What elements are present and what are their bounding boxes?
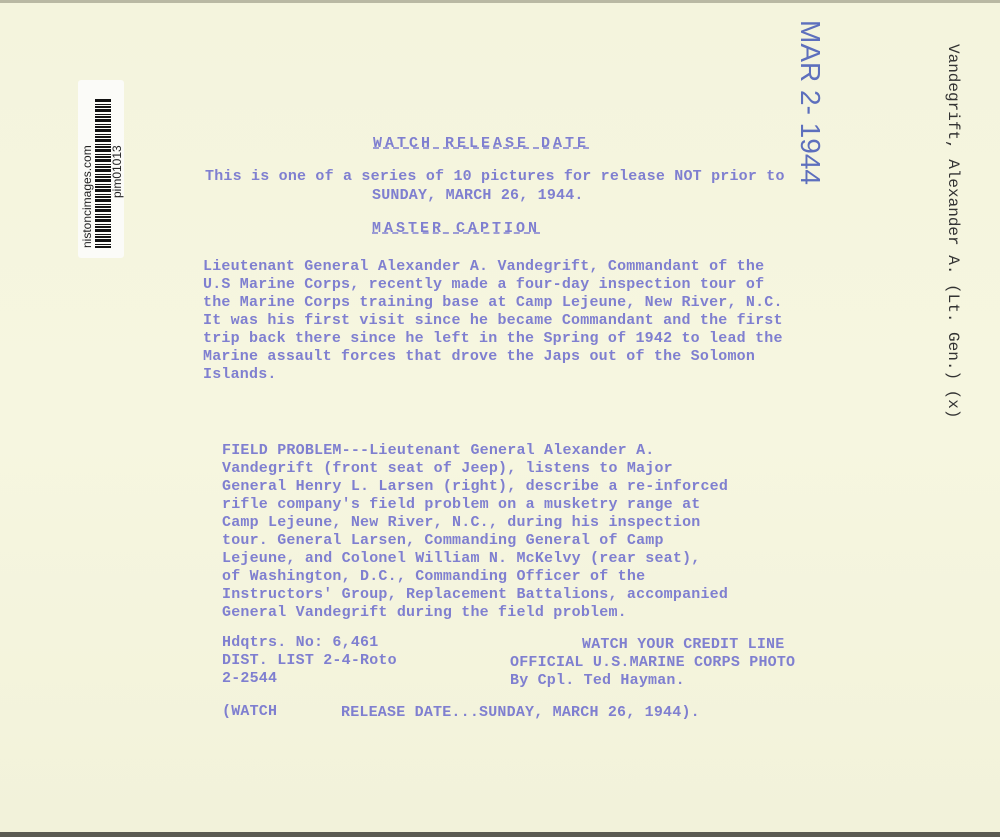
master-caption-line: U.S Marine Corps, recently made a four-d… — [203, 276, 764, 294]
date-stamp: MAR 2- 1944 — [794, 20, 826, 185]
credit-line-notice: WATCH YOUR CREDIT LINE — [582, 636, 784, 654]
photo-caption-line: tour. General Larsen, Commanding General… — [222, 532, 664, 550]
photo-caption-line: FIELD PROBLEM---Lieutenant General Alexa… — [222, 442, 654, 460]
dist-list: DIST. LIST 2-4-Roto — [222, 652, 397, 670]
label-id: pim01013 — [110, 145, 124, 198]
master-caption-line: Lieutenant General Alexander A. Vandegri… — [203, 258, 764, 276]
bottom-edge — [0, 832, 1000, 837]
side-annotation: Vandegrift, Alexander A. (Lt. Gen.) (x) — [944, 44, 962, 418]
top-edge — [0, 0, 1000, 3]
photo-caption-line: Lejeune, and Colonel William N. McKelvy … — [222, 550, 700, 568]
photo-caption-line: Instructors' Group, Replacement Battalio… — [222, 586, 728, 604]
photo-caption-line: rifle company's field problem on a muske… — [222, 496, 700, 514]
photo-caption-line: of Washington, D.C., Commanding Officer … — [222, 568, 645, 586]
master-caption-heading: MASTER CAPTION — [372, 220, 540, 238]
barcode-label: nistoncimages.com pim01013 — [78, 80, 124, 258]
barcode-icon — [95, 98, 111, 248]
master-caption-line: It was his first visit since he became C… — [203, 312, 783, 330]
photo-caption-line: Vandegrift (front seat of Jeep), listens… — [222, 460, 673, 478]
master-caption-line: Islands. — [203, 366, 277, 384]
label-site: nistoncimages.com — [80, 145, 94, 248]
release-line-2: SUNDAY, MARCH 26, 1944. — [372, 187, 584, 205]
hq-number: Hdqtrs. No: 6,461 — [222, 634, 378, 652]
caption-sheet: nistoncimages.com pim01013 MAR 2- 1944 V… — [0, 0, 1000, 837]
official-photo-credit: OFFICIAL U.S.MARINE CORPS PHOTO — [510, 654, 795, 672]
release-reminder-right: RELEASE DATE...SUNDAY, MARCH 26, 1944). — [341, 704, 700, 722]
master-caption-line: Marine assault forces that drove the Jap… — [203, 348, 755, 366]
photo-caption-line: General Henry L. Larsen (right), describ… — [222, 478, 728, 496]
release-reminder-left: (WATCH — [222, 703, 277, 721]
release-heading: WATCH RELEASE DATE — [373, 135, 589, 153]
photo-caption-line: General Vandegrift during the field prob… — [222, 604, 627, 622]
reference-number: 2-2544 — [222, 670, 277, 688]
photographer-credit: By Cpl. Ted Hayman. — [510, 672, 685, 690]
master-caption-line: trip back there since he left in the Spr… — [203, 330, 783, 348]
photo-caption-line: Camp Lejeune, New River, N.C., during hi… — [222, 514, 700, 532]
master-caption-line: the Marine Corps training base at Camp L… — [203, 294, 783, 312]
release-line-1: This is one of a series of 10 pictures f… — [205, 168, 785, 186]
